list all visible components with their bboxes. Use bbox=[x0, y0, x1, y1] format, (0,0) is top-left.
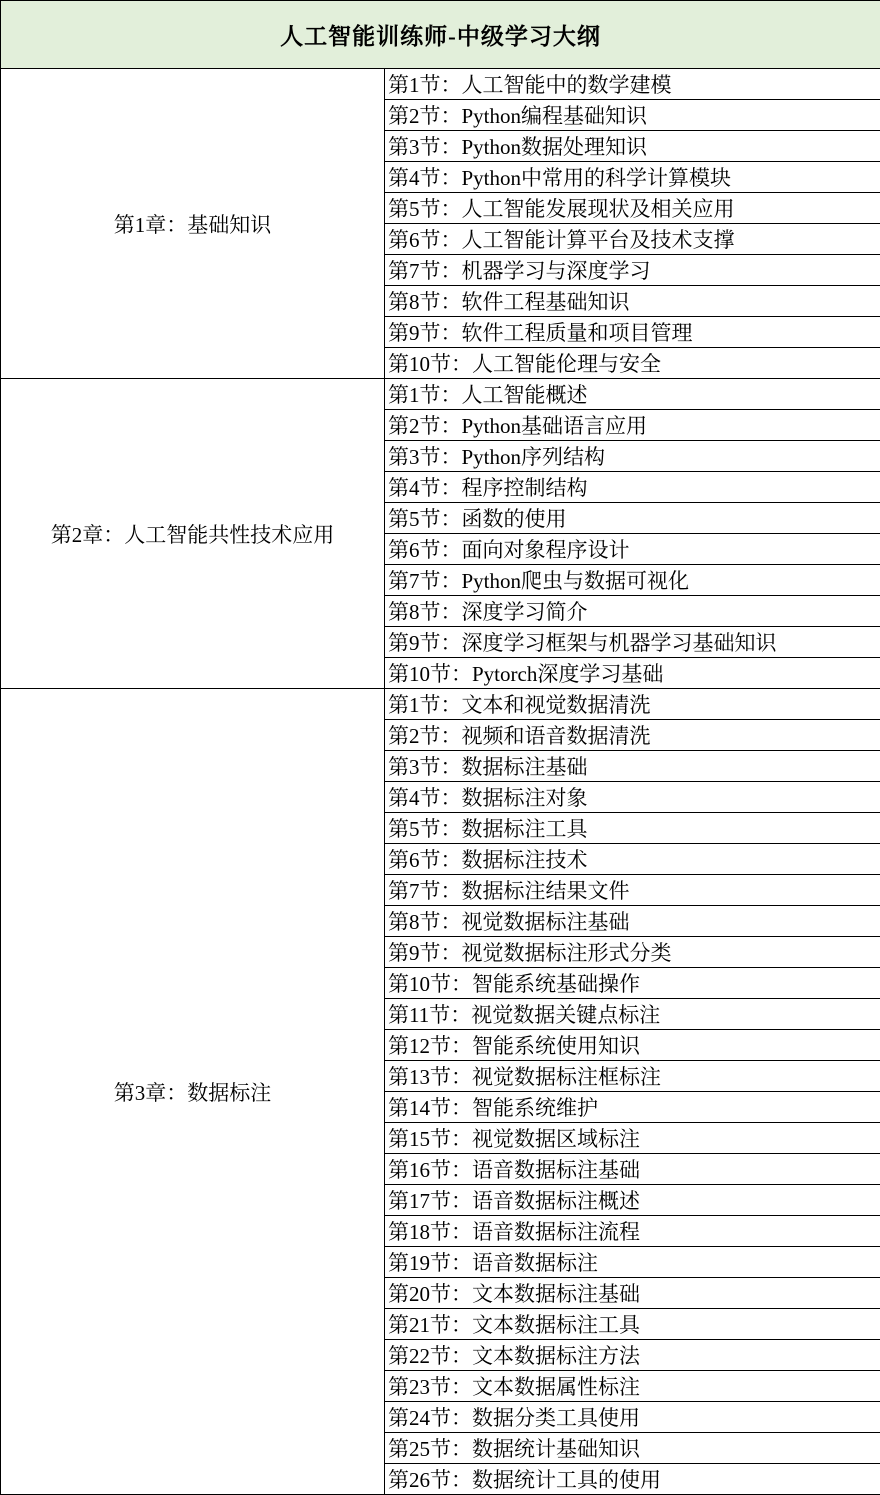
section-cell: 第9节：软件工程质量和项目管理 bbox=[385, 317, 880, 348]
section-cell: 第21节：文本数据标注工具 bbox=[385, 1309, 880, 1340]
chapter-cell: 第3章：数据标注 bbox=[1, 689, 385, 1495]
section-cell: 第10节：人工智能伦理与安全 bbox=[385, 348, 880, 379]
section-cell: 第4节：程序控制结构 bbox=[385, 472, 880, 503]
section-cell: 第3节：Python数据处理知识 bbox=[385, 131, 880, 162]
section-cell: 第1节：文本和视觉数据清洗 bbox=[385, 689, 880, 720]
section-cell: 第2节：Python编程基础知识 bbox=[385, 100, 880, 131]
section-cell: 第19节：语音数据标注 bbox=[385, 1247, 880, 1278]
chapter-cell: 第2章：人工智能共性技术应用 bbox=[1, 379, 385, 689]
section-cell: 第23节：文本数据属性标注 bbox=[385, 1371, 880, 1402]
section-cell: 第3节：数据标注基础 bbox=[385, 751, 880, 782]
section-cell: 第18节：语音数据标注流程 bbox=[385, 1216, 880, 1247]
page-title: 人工智能训练师-中级学习大纲 bbox=[1, 1, 880, 69]
section-cell: 第7节：数据标注结果文件 bbox=[385, 875, 880, 906]
section-cell: 第16节：语音数据标注基础 bbox=[385, 1154, 880, 1185]
section-cell: 第1节：人工智能概述 bbox=[385, 379, 880, 410]
title-row: 人工智能训练师-中级学习大纲 bbox=[1, 1, 880, 69]
table-row: 第1章：基础知识第1节：人工智能中的数学建模 bbox=[1, 69, 880, 100]
section-cell: 第17节：语音数据标注概述 bbox=[385, 1185, 880, 1216]
section-cell: 第26节：数据统计工具的使用 bbox=[385, 1464, 880, 1495]
syllabus-table: 人工智能训练师-中级学习大纲 第1章：基础知识第1节：人工智能中的数学建模第2节… bbox=[0, 0, 880, 1495]
section-cell: 第25节：数据统计基础知识 bbox=[385, 1433, 880, 1464]
section-cell: 第4节：Python中常用的科学计算模块 bbox=[385, 162, 880, 193]
table-row: 第3章：数据标注第1节：文本和视觉数据清洗 bbox=[1, 689, 880, 720]
section-cell: 第1节：人工智能中的数学建模 bbox=[385, 69, 880, 100]
section-cell: 第10节：Pytorch深度学习基础 bbox=[385, 658, 880, 689]
section-cell: 第3节：Python序列结构 bbox=[385, 441, 880, 472]
section-cell: 第9节：深度学习框架与机器学习基础知识 bbox=[385, 627, 880, 658]
section-cell: 第2节：Python基础语言应用 bbox=[385, 410, 880, 441]
section-cell: 第5节：数据标注工具 bbox=[385, 813, 880, 844]
section-cell: 第9节：视觉数据标注形式分类 bbox=[385, 937, 880, 968]
table-row: 第2章：人工智能共性技术应用第1节：人工智能概述 bbox=[1, 379, 880, 410]
section-cell: 第10节：智能系统基础操作 bbox=[385, 968, 880, 999]
section-cell: 第6节：人工智能计算平台及技术支撑 bbox=[385, 224, 880, 255]
section-cell: 第13节：视觉数据标注框标注 bbox=[385, 1061, 880, 1092]
section-cell: 第8节：深度学习简介 bbox=[385, 596, 880, 627]
section-cell: 第20节：文本数据标注基础 bbox=[385, 1278, 880, 1309]
section-cell: 第6节：数据标注技术 bbox=[385, 844, 880, 875]
section-cell: 第24节：数据分类工具使用 bbox=[385, 1402, 880, 1433]
section-cell: 第5节：函数的使用 bbox=[385, 503, 880, 534]
section-cell: 第4节：数据标注对象 bbox=[385, 782, 880, 813]
section-cell: 第2节：视频和语音数据清洗 bbox=[385, 720, 880, 751]
section-cell: 第7节：Python爬虫与数据可视化 bbox=[385, 565, 880, 596]
section-cell: 第8节：视觉数据标注基础 bbox=[385, 906, 880, 937]
chapter-cell: 第1章：基础知识 bbox=[1, 69, 385, 379]
section-cell: 第11节：视觉数据关键点标注 bbox=[385, 999, 880, 1030]
section-cell: 第6节：面向对象程序设计 bbox=[385, 534, 880, 565]
section-cell: 第12节：智能系统使用知识 bbox=[385, 1030, 880, 1061]
section-cell: 第5节：人工智能发展现状及相关应用 bbox=[385, 193, 880, 224]
section-cell: 第14节：智能系统维护 bbox=[385, 1092, 880, 1123]
section-cell: 第8节：软件工程基础知识 bbox=[385, 286, 880, 317]
section-cell: 第15节：视觉数据区域标注 bbox=[385, 1123, 880, 1154]
section-cell: 第7节：机器学习与深度学习 bbox=[385, 255, 880, 286]
section-cell: 第22节：文本数据标注方法 bbox=[385, 1340, 880, 1371]
